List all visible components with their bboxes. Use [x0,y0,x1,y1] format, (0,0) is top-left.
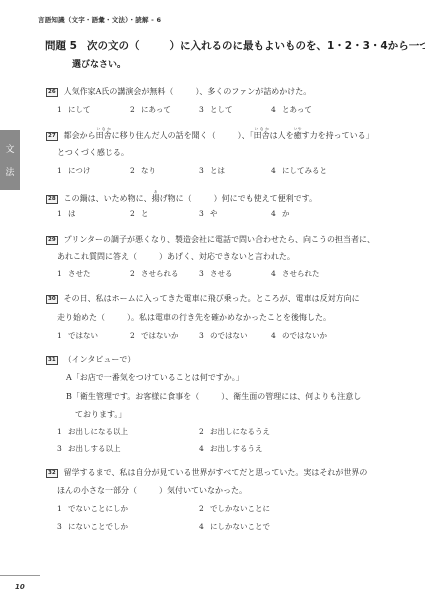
q30-option-1[interactable]: 1ではない [57,330,98,341]
question-number: 31 [46,356,58,365]
q32-option-4[interactable]: 4にしかないことで [199,521,270,532]
q30-option-4[interactable]: 4のではないか [271,330,327,341]
question-number: 30 [46,295,58,304]
q26-option-4[interactable]: 4とあって [271,104,312,115]
page-header: 言語知識（文字・語彙・文法）・読解 - 6 [38,15,161,24]
q28-option-4[interactable]: 4か [271,208,290,219]
question-30: 30その日、私はホームに入ってきた電車に飛び乗った。ところが、電車は反対方向に [46,293,360,304]
question-number: 32 [46,469,58,478]
dialogue-line-b-cont: ております。」 [75,409,126,420]
dialogue-line-b: B「衛生管理です。お客様に食事を（）、衛生面の管理には、何よりも注意し [66,391,361,402]
q28-option-1[interactable]: 1は [57,208,76,219]
question-32-line-2: ほんの小さな一部分（）気付いていなかった。 [57,485,247,496]
question-27-line-2: とつくづく感じる。 [57,147,129,158]
q27-option-3[interactable]: 3とは [199,165,225,176]
page-number: 10 [15,583,25,591]
question-31: 31（インタビューで） [46,354,135,365]
section-tab-grammar: 文 法 [0,130,20,190]
q29-option-2[interactable]: 2させられる [130,268,179,279]
question-29-line-2: あれこれ質問に答え（）あげく、対応できないと言われた。 [57,251,295,262]
q27-option-2[interactable]: 2なり [130,165,156,176]
q32-option-2[interactable]: 2でしかないことに [199,503,270,514]
q31-option-1[interactable]: 1お出しになる以上 [57,426,128,437]
question-number: 26 [46,88,58,97]
question-number: 29 [46,236,58,245]
question-29: 29プリンターの調子が悪くなり、製造会社に電話で問い合わせたら、向こうの担当者に… [46,234,375,245]
q31-option-4[interactable]: 4お出しするうえ [199,443,263,454]
question-28: 28この鍋は、いため物に、揚あげ物に（）何にでも使えて便利です。 [46,190,317,204]
q32-option-1[interactable]: 1でないことにしか [57,503,128,514]
question-number: 28 [46,195,58,204]
q28-option-2[interactable]: 2と [130,208,149,219]
q28-option-3[interactable]: 3や [199,208,218,219]
q26-option-1[interactable]: 1にして [57,104,91,115]
question-32: 32留学するまで、私は自分が見ている世界がすべてだと思っていた。実はそれが世界の [46,467,367,478]
side-tab-char: 法 [5,165,14,178]
footer-divider [0,575,40,576]
q26-option-2[interactable]: 2にあって [130,104,171,115]
q27-option-1[interactable]: 1につけ [57,165,90,176]
instruction-line-2: 選びなさい。 [72,57,126,70]
instruction-line-1: 問題 5次の文の（）に入れるのに最もよいものを、1・2・3・4から一つ [45,38,425,53]
q29-option-4[interactable]: 4させられた [271,268,320,279]
q30-option-2[interactable]: 2ではないか [130,330,179,341]
dialogue-line-a: A「お店で一番気をつけていることは何ですか。」 [66,372,244,383]
side-tab-char: 文 [5,142,14,155]
question-27: 27都会から田舎いなかに移り住んだ人の話を聞く（）、「田舎いなかは人を癒いやす力… [46,127,374,141]
q30-option-3[interactable]: 3のではない [199,330,248,341]
q26-option-3[interactable]: 3として [199,104,233,115]
question-number: 27 [46,132,58,141]
q27-option-4[interactable]: 4にしてみると [271,165,327,176]
q31-option-2[interactable]: 2お出しになるうえ [199,426,270,437]
instruction-label: 問題 5 [45,40,77,52]
q32-option-3[interactable]: 3にないことでしか [57,521,128,532]
q29-option-3[interactable]: 3させる [199,268,233,279]
question-26: 26人気作家A氏の講演会が無料（）、多くのファンが詰めかけた。 [46,86,311,97]
question-30-line-2: 走り始めた（）。私は電車の行き先を確かめなかったことを後悔した。 [57,312,331,323]
q29-option-1[interactable]: 1させた [57,268,91,279]
q31-option-3[interactable]: 3お出しする以上 [57,443,121,454]
